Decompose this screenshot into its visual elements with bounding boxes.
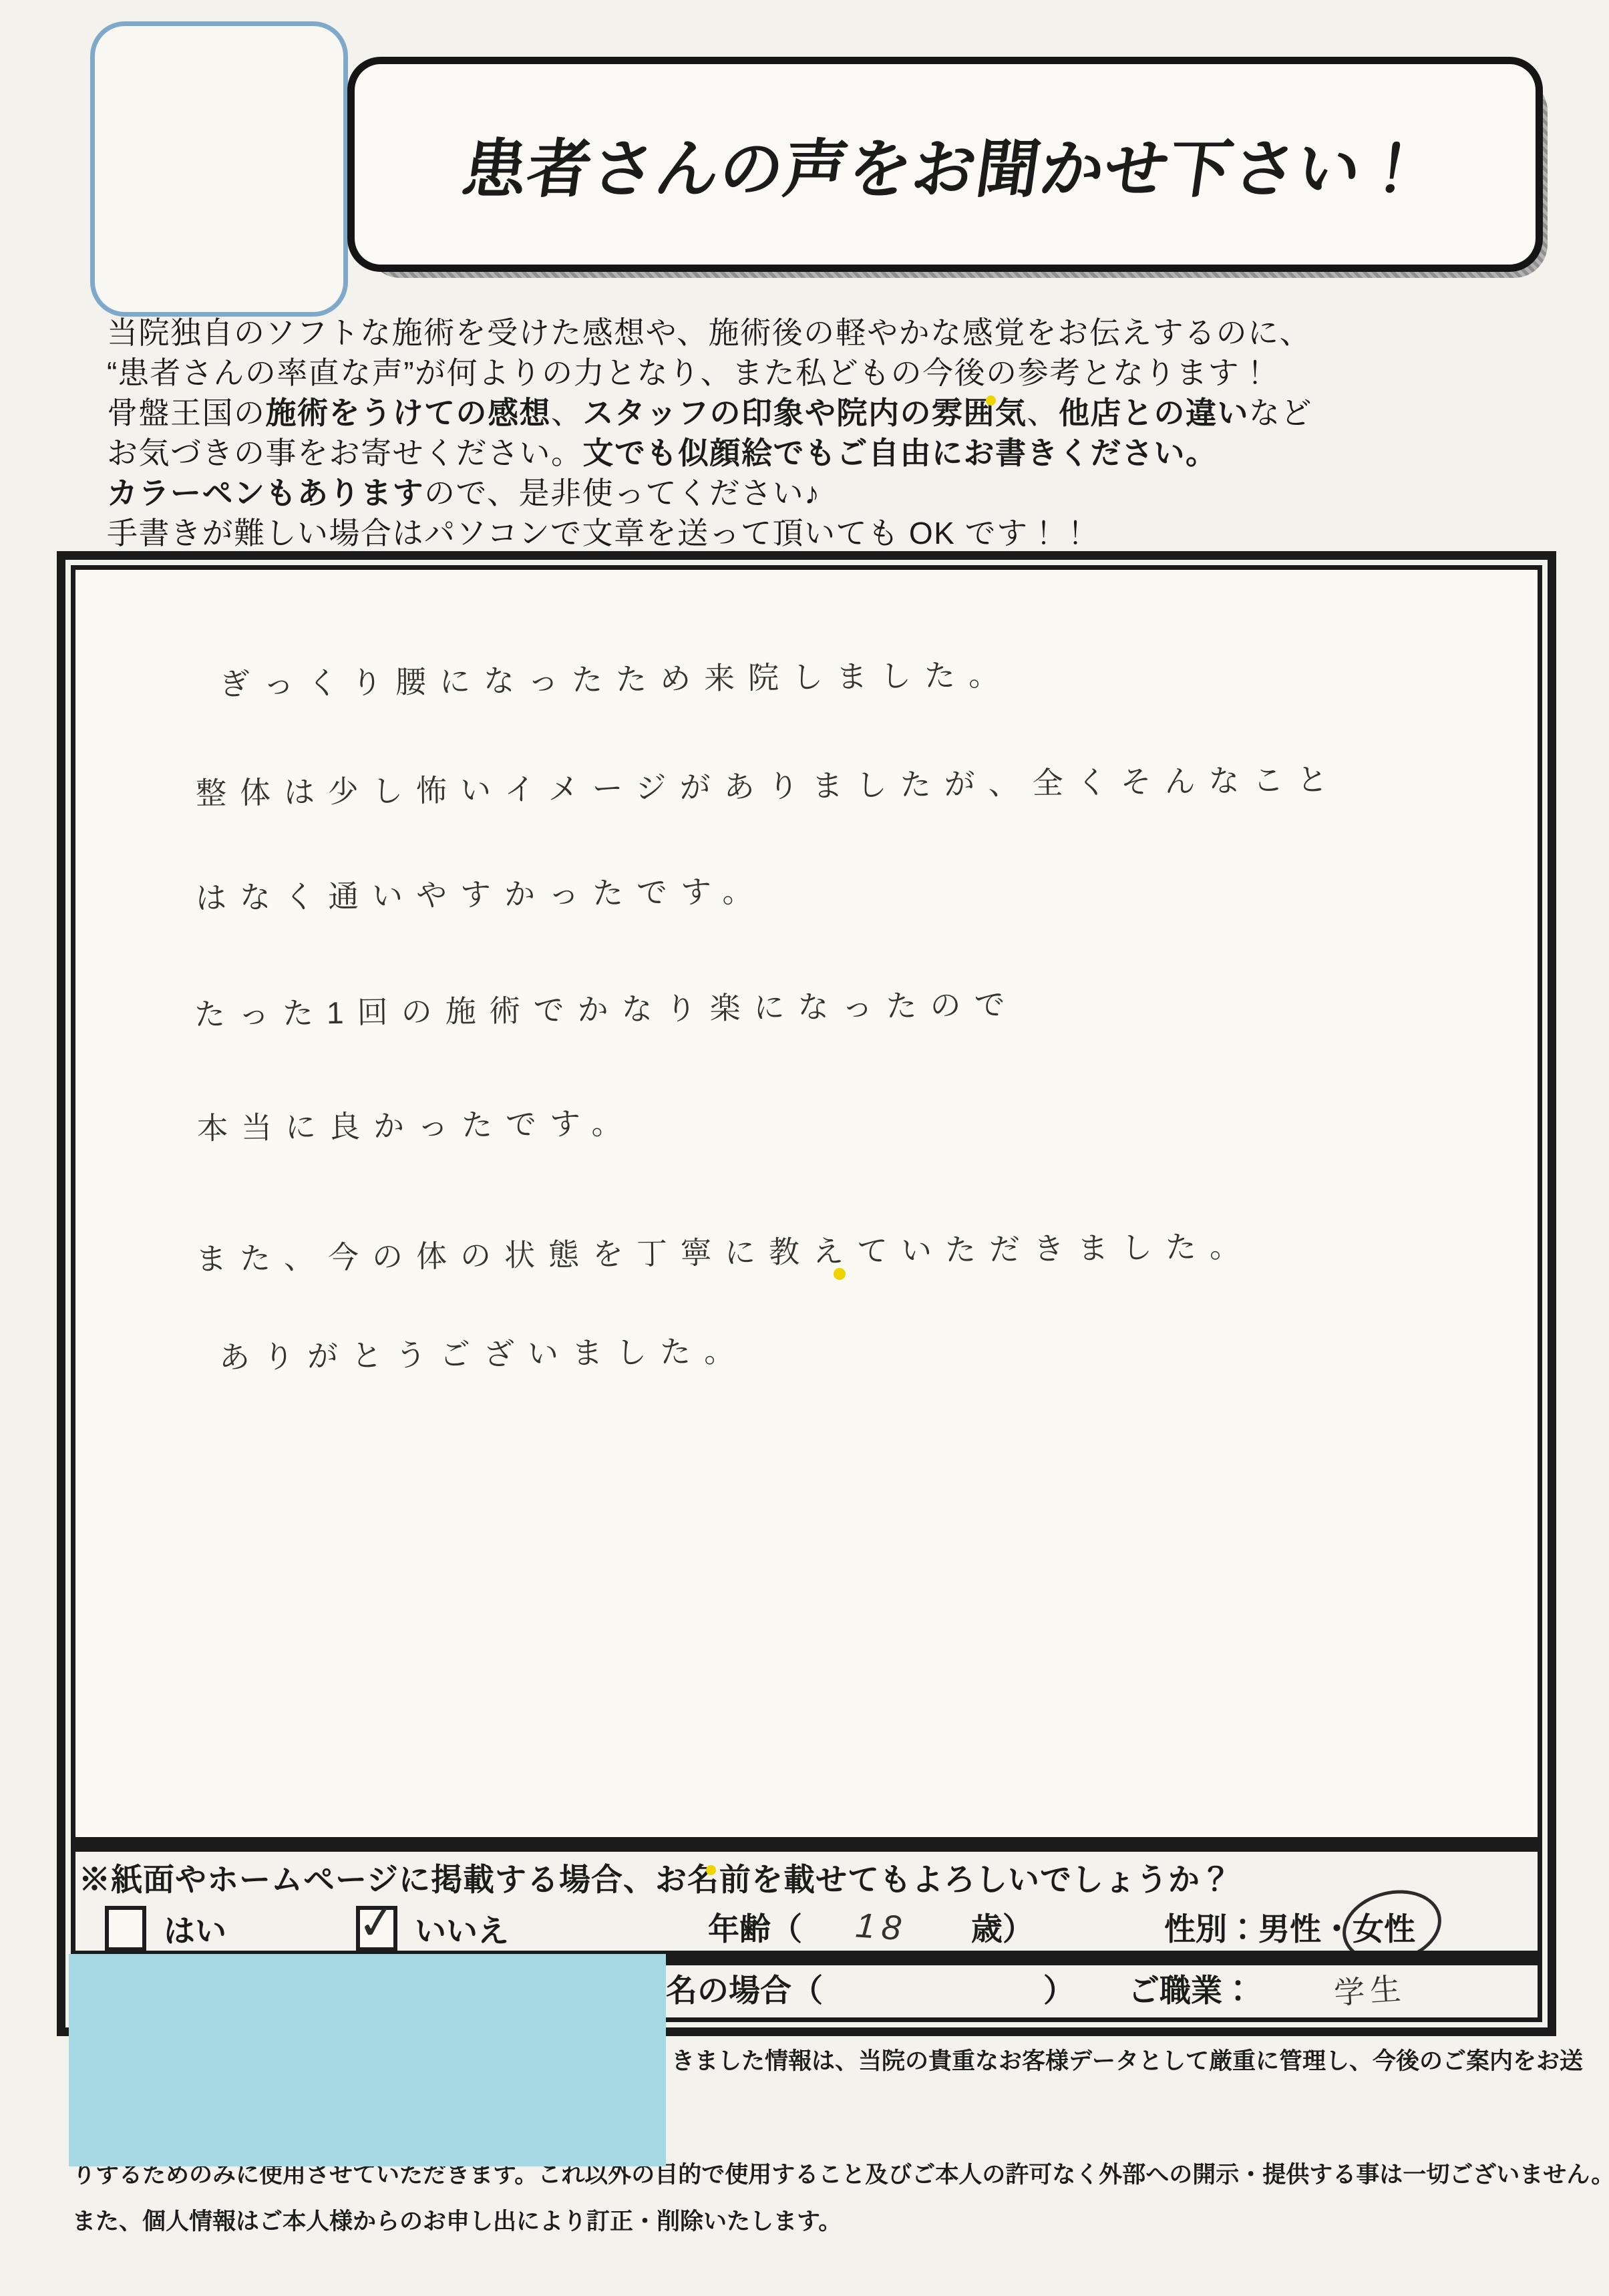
age-field: 年齢（ 18 歳） <box>708 1905 1034 1949</box>
consent-option-yes[interactable]: ✓ はい <box>105 1906 226 1951</box>
age-handwritten-value: 18 <box>854 1905 909 1949</box>
yellow-speck <box>986 395 996 405</box>
intro-line: 手書きが難しい場合はパソコンで文章を送って頂いても OK です！！ <box>107 513 1536 553</box>
feedback-box: ぎっくり腰になったため来院しました。整体は少し怖いイメージがありましたが、全くそ… <box>57 551 1556 2036</box>
consent-option-no[interactable]: ✓ いいえ <box>356 1906 509 1951</box>
intro-paragraph: 当院独自のソフトな施術を受けた感想や、施術後の軽やかな感覚をお伝えするのに、“患… <box>107 313 1536 553</box>
gender-label: 性別： <box>1164 1905 1258 1949</box>
redaction-overlay <box>69 1954 666 2166</box>
handwritten-line: ありがとうございました。 <box>219 1327 749 1377</box>
page-title: 患者さんの声をお聞かせ下さい！ <box>458 119 1432 210</box>
scanned-feedback-form: 患者さんの声をお聞かせ下さい！ 当院独自のソフトな施術を受けた感想や、施術後の軽… <box>0 0 1609 2296</box>
intro-line: カラーペンもありますので、是非使ってください♪ <box>107 473 1536 513</box>
title-banner: 患者さんの声をお聞かせ下さい！ <box>347 57 1543 272</box>
intro-line: “患者さんの率直な声”が何よりの力となり、また私どもの今後の参考となります！ <box>107 353 1536 393</box>
name-row-label: 名の場合（ <box>666 1966 823 2011</box>
name-row: 名の場合（ ） ご職業： 学生 <box>666 1966 1406 2011</box>
age-label-prefix: 年齢（ <box>708 1905 802 1949</box>
name-row-close-paren: ） <box>1043 1966 1075 2011</box>
checkmark-icon: ✓ <box>355 1893 399 1952</box>
handwritten-line: はなく通いやすかったです。 <box>196 867 767 918</box>
gender-field: 性別： 男性 ・ 女性 <box>1164 1905 1415 1949</box>
divider-line <box>75 1837 1538 1852</box>
intro-line: 骨盤王国の施術をうけての感想、スタッフの印象や院内の雰囲気、他店との違いなど <box>107 393 1536 433</box>
consent-question: ※紙面やホームページに掲載する場合、お名前を載せてもよろしいでしょうか？ <box>79 1855 1232 1900</box>
occupation-label: ご職業： <box>1128 1966 1254 2011</box>
yellow-speck <box>834 1268 846 1280</box>
privacy-note-line3: また、個人情報はご本人様からのお申し出により訂正・削除いたします。 <box>72 2203 842 2237</box>
intro-line: 当院独自のソフトな施術を受けた感想や、施術後の軽やかな感覚をお伝えするのに、 <box>107 313 1536 353</box>
occupation-handwritten-value: 学生 <box>1332 1964 1407 2013</box>
feedback-writing-area[interactable]: ぎっくり腰になったため来院しました。整体は少し怖いイメージがありましたが、全くそ… <box>75 570 1538 1837</box>
gender-male: 男性 <box>1258 1905 1321 1949</box>
consent-option-no-label: いいえ <box>415 1907 509 1951</box>
handwritten-line: 整体は少し怖いイメージがありましたが、全くそんなこと <box>196 756 1341 814</box>
gender-female-wrap: 女性 <box>1353 1905 1415 1949</box>
age-label-suffix: 歳） <box>971 1905 1034 1949</box>
checkbox-yes[interactable]: ✓ <box>105 1906 146 1951</box>
yellow-speck <box>706 1865 716 1875</box>
checkbox-no[interactable]: ✓ <box>356 1906 397 1951</box>
handwritten-line: 本当に良かったです。 <box>197 1099 636 1148</box>
empty-blue-box <box>90 21 348 317</box>
handwritten-line: たった1回の施術でかなり楽になったので <box>194 980 1019 1034</box>
consent-option-yes-label: はい <box>164 1907 226 1951</box>
handwritten-line: ぎっくり腰になったため来院しました。 <box>219 651 1013 705</box>
privacy-note-line1: きました情報は、当院の貴重なお客様データとして厳重に管理し、今後のご案内をお送 <box>671 2043 1583 2076</box>
intro-line: お気づきの事をお寄せください。文でも似顔絵でもご自由にお書きください。 <box>107 433 1536 473</box>
handwritten-line: また、今の体の状態を丁寧に教えていただきました。 <box>196 1222 1254 1279</box>
